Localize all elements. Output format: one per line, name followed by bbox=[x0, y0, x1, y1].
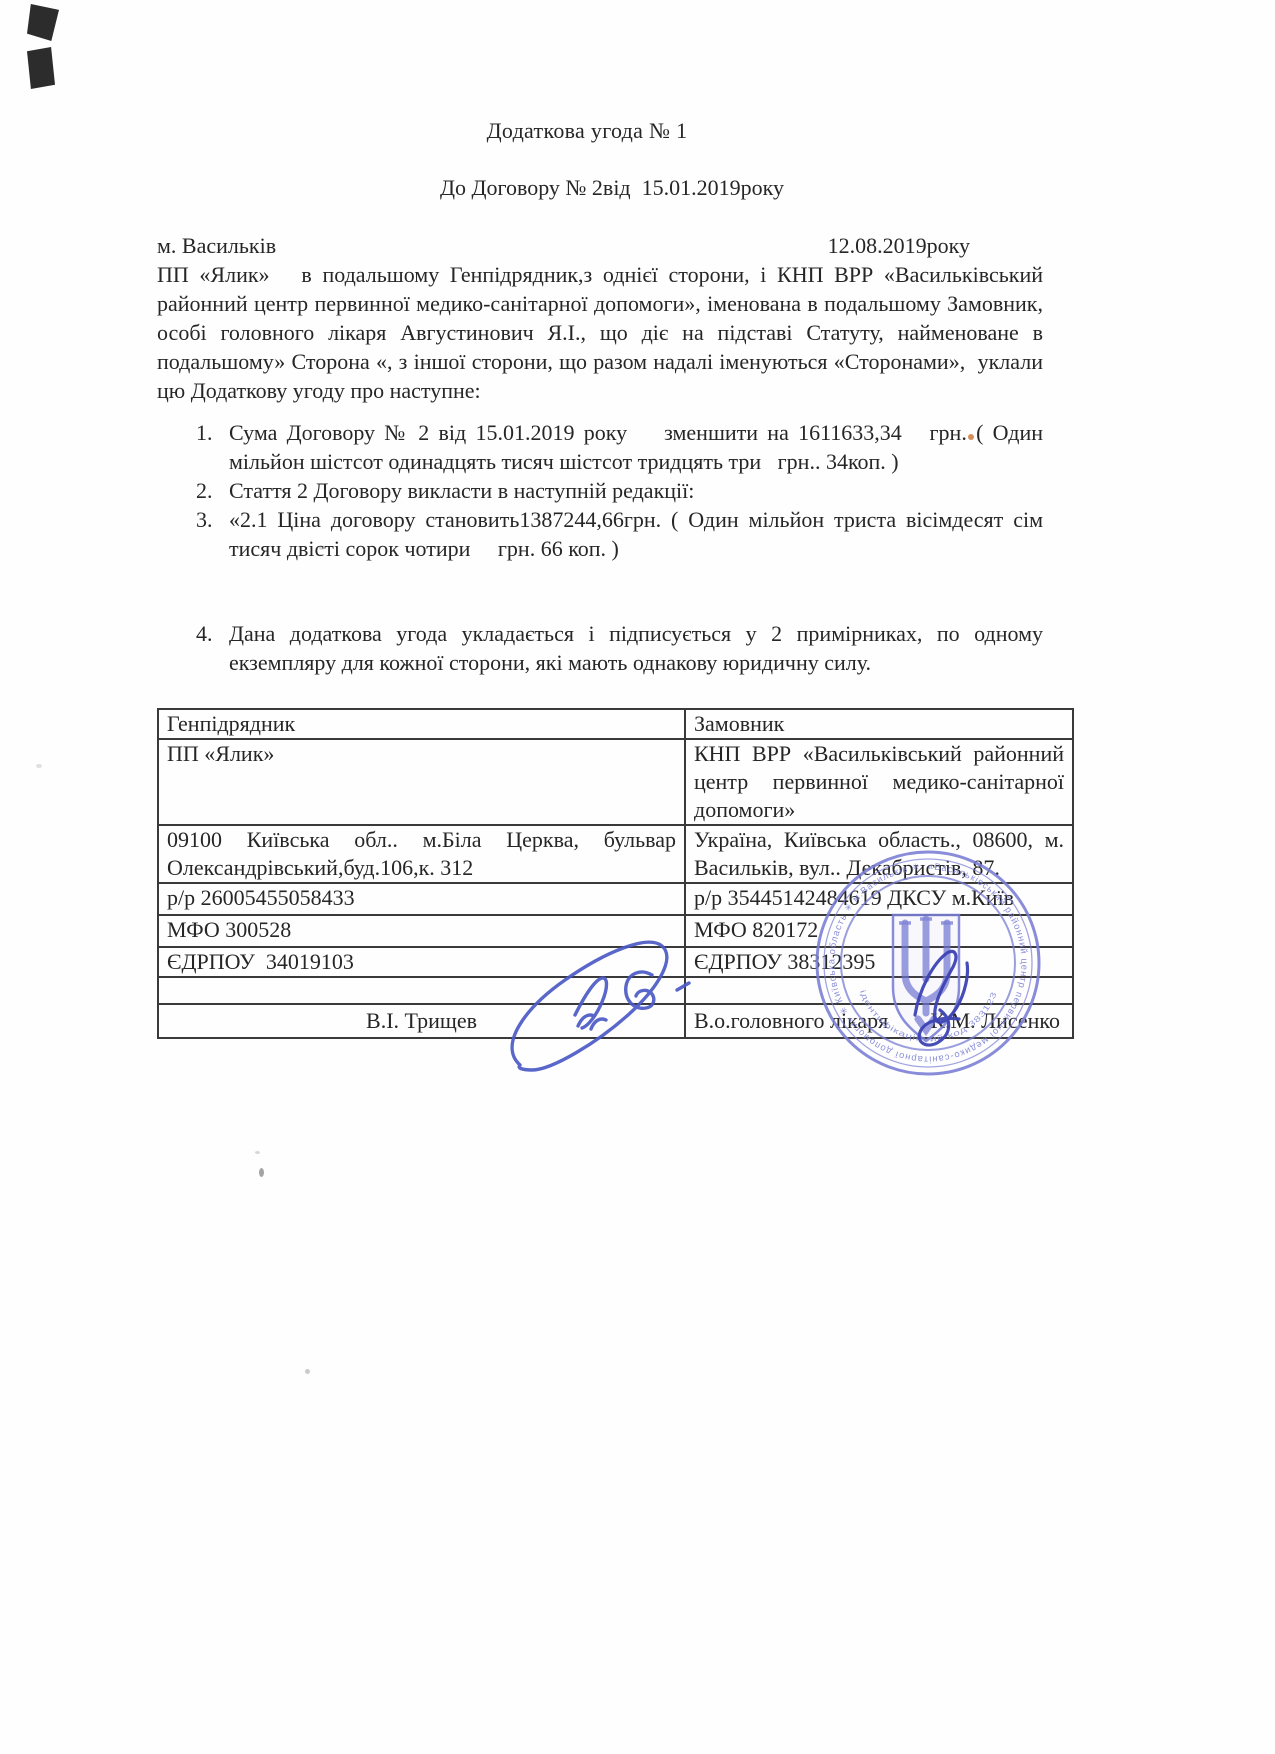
customer-mfo-cell: МФО 820172 bbox=[685, 915, 1073, 947]
place-label: м. Васильків bbox=[157, 231, 276, 260]
list-item-number: 4. bbox=[196, 619, 229, 677]
customer-signatory-role: В.о.головного лікаря bbox=[694, 1007, 888, 1035]
customer-address-cell: Україна, Київська область., 08600, м. Ва… bbox=[685, 825, 1073, 883]
customer-edrpou-cell: ЄДРПОУ 38312395 bbox=[685, 947, 1073, 977]
scan-artifact-corner-mark bbox=[27, 4, 59, 41]
customer-account-cell: р/р 35445142484619 ДКСУ м.Київ bbox=[685, 883, 1073, 915]
list-item: 1. Сума Договору № 2 від 15.01.2019 року… bbox=[157, 418, 1043, 476]
scan-speck bbox=[255, 1151, 260, 1154]
table-row-names: ПП «Ялик» КНП ВРР «Васильківський районн… bbox=[158, 739, 1073, 825]
empty-cell bbox=[685, 977, 1073, 1004]
list-item-text: Стаття 2 Договору викласти в наступній р… bbox=[229, 476, 1043, 505]
empty-cell bbox=[158, 977, 685, 1004]
customer-name-cell: КНП ВРР «Васильківський районний центр п… bbox=[685, 739, 1073, 825]
document-body: Додаткова угода № 1 До Договору № 2від 1… bbox=[157, 0, 1043, 1039]
table-row-header: Генпідрядник Замовник bbox=[158, 709, 1073, 739]
list-item-number: 1. bbox=[196, 418, 229, 476]
table-row-edrpou: ЄДРПОУ 34019103 ЄДРПОУ 38312395 bbox=[158, 947, 1073, 977]
table-row-mfo: МФО 300528 МФО 820172 bbox=[158, 915, 1073, 947]
contractor-edrpou-cell: ЄДРПОУ 34019103 bbox=[158, 947, 685, 977]
document-title: Додаткова угода № 1 bbox=[144, 116, 1030, 145]
contractor-signatory-name: В.І. Трищев bbox=[158, 1004, 685, 1038]
preamble-paragraph: ПП «Ялик» в подальшому Генпідрядник,з од… bbox=[157, 260, 1043, 405]
list-item-number: 2. bbox=[196, 476, 229, 505]
scanned-document-page: Додаткова угода № 1 До Договору № 2від 1… bbox=[0, 0, 1275, 1754]
clause-list: 1. Сума Договору № 2 від 15.01.2019 року… bbox=[157, 418, 1043, 677]
list-item: 4. Дана додаткова угода укладається і пі… bbox=[157, 619, 1043, 677]
contractor-account-cell: р/р 26005455058433 bbox=[158, 883, 685, 915]
list-item-text: Сума Договору № 2 від 15.01.2019 року зм… bbox=[229, 418, 1043, 476]
table-row-signatures: В.І. Трищев В.о.головного лікаря К.М. Ли… bbox=[158, 1004, 1073, 1038]
list-item-text: «2.1 Ціна договору становить1387244,66гр… bbox=[229, 505, 1043, 563]
scan-speck bbox=[259, 1168, 264, 1177]
document-subtitle: До Договору № 2від 15.01.2019року bbox=[169, 173, 1055, 202]
list-item: 2. Стаття 2 Договору викласти в наступні… bbox=[157, 476, 1043, 505]
table-row-empty bbox=[158, 977, 1073, 1004]
contractor-header-cell: Генпідрядник bbox=[158, 709, 685, 739]
contractor-name-cell: ПП «Ялик» bbox=[158, 739, 685, 825]
parties-table: Генпідрядник Замовник ПП «Ялик» КНП ВРР … bbox=[157, 708, 1074, 1039]
customer-signature-cell: В.о.головного лікаря К.М. Лисенко bbox=[685, 1004, 1073, 1038]
list-item-number: 3. bbox=[196, 505, 229, 563]
scan-speck bbox=[36, 764, 42, 768]
scan-artifact-corner-mark bbox=[27, 47, 55, 89]
contractor-address-cell: 09100 Київська обл.. м.Біла Церква, буль… bbox=[158, 825, 685, 883]
contractor-mfo-cell: МФО 300528 bbox=[158, 915, 685, 947]
table-row-accounts: р/р 26005455058433 р/р 35445142484619 ДК… bbox=[158, 883, 1073, 915]
list-item-text: Дана додаткова угода укладається і підпи… bbox=[229, 619, 1043, 677]
list-item: 3. «2.1 Ціна договору становить1387244,6… bbox=[157, 505, 1043, 563]
scan-speck bbox=[305, 1369, 310, 1374]
customer-header-cell: Замовник bbox=[685, 709, 1073, 739]
customer-signatory-name: К.М. Лисенко bbox=[930, 1007, 1060, 1035]
date-label: 12.08.2019року bbox=[828, 231, 1043, 260]
place-date-line: м. Васильків 12.08.2019року bbox=[157, 231, 1043, 260]
table-row-addresses: 09100 Київська обл.. м.Біла Церква, буль… bbox=[158, 825, 1073, 883]
